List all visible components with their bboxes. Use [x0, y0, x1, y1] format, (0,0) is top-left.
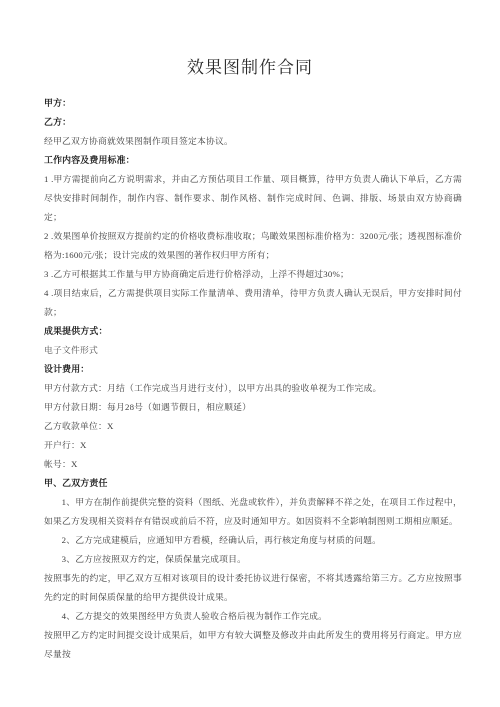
responsibility-clause-1: 1、甲方在制作前提供完整的资料（图纸、光盘或软件），并负责解释不祥之处，在项目工…: [44, 493, 462, 531]
responsibility-clause-3: 3、乙方应按照双方约定，保质保量完成项目。: [44, 550, 462, 569]
adjustment-paragraph: 按照甲乙方约定时间提交设计成果后，如甲方有较大调整及修改并由此所发生的费用将另行…: [44, 626, 462, 664]
document-body: 甲方： 乙方： 经甲乙双方协商就效果图制作项目签定本协议。 工作内容及费用标准：…: [44, 94, 462, 664]
heading-design-fee: 设计费用：: [44, 360, 462, 379]
payee-unit-line: 乙方收款单位：X: [44, 417, 462, 436]
deliverable-format-value: 电子文件形式: [44, 341, 462, 360]
agreement-intro: 经甲乙双方协商就效果图制作项目签定本协议。: [44, 132, 462, 151]
responsibility-clause-4: 4、乙方提交的效果图经甲方负责人验收合格后视为制作工作完成。: [44, 607, 462, 626]
party-a-label: 甲方：: [44, 94, 462, 113]
responsibility-clause-2: 2、乙方完成建模后，应通知甲方看模，经确认后，再行核定角度与材质的问题。: [44, 531, 462, 550]
confidentiality-paragraph: 按照事先的约定，甲乙双方互相对该项目的设计委托协议进行保密，不将其透露给第三方。…: [44, 569, 462, 607]
fee-clause-4: 4 .项目结束后，乙方需提供项目实际工作量清单、费用清单，待甲方负责人确认无误后…: [44, 284, 462, 322]
heading-responsibilities: 甲、乙双方责任: [44, 474, 462, 493]
payment-method-line: 甲方付款方式：月结（工作完成当月进行支付），以甲方出具的验收单视为工作完成。: [44, 379, 462, 398]
heading-deliverable-format: 成果提供方式：: [44, 322, 462, 341]
document-page: 效果图制作合同 甲方： 乙方： 经甲乙双方协商就效果图制作项目签定本协议。 工作…: [0, 0, 500, 707]
party-b-label: 乙方：: [44, 113, 462, 132]
heading-work-content-fees: 工作内容及费用标准：: [44, 151, 462, 170]
fee-clause-3: 3 .乙方可根据其工作量与甲方协商确定后进行价格浮动，上浮不得超过30%；: [44, 265, 462, 284]
payment-date-line: 甲方付款日期：每月28号（如遇节假日，相应顺延）: [44, 398, 462, 417]
document-title: 效果图制作合同: [0, 56, 500, 80]
fee-clause-1: 1 .甲方需提前向乙方说明需求，并由乙方预估项目工作量、项目概算，待甲方负责人确…: [44, 170, 462, 227]
account-line: 帐号：X: [44, 455, 462, 474]
bank-line: 开户行：X: [44, 436, 462, 455]
fee-clause-2: 2 .效果图单价按照双方提前约定的价格收费标准收取；鸟瞰效果图标准价格为：320…: [44, 227, 462, 265]
